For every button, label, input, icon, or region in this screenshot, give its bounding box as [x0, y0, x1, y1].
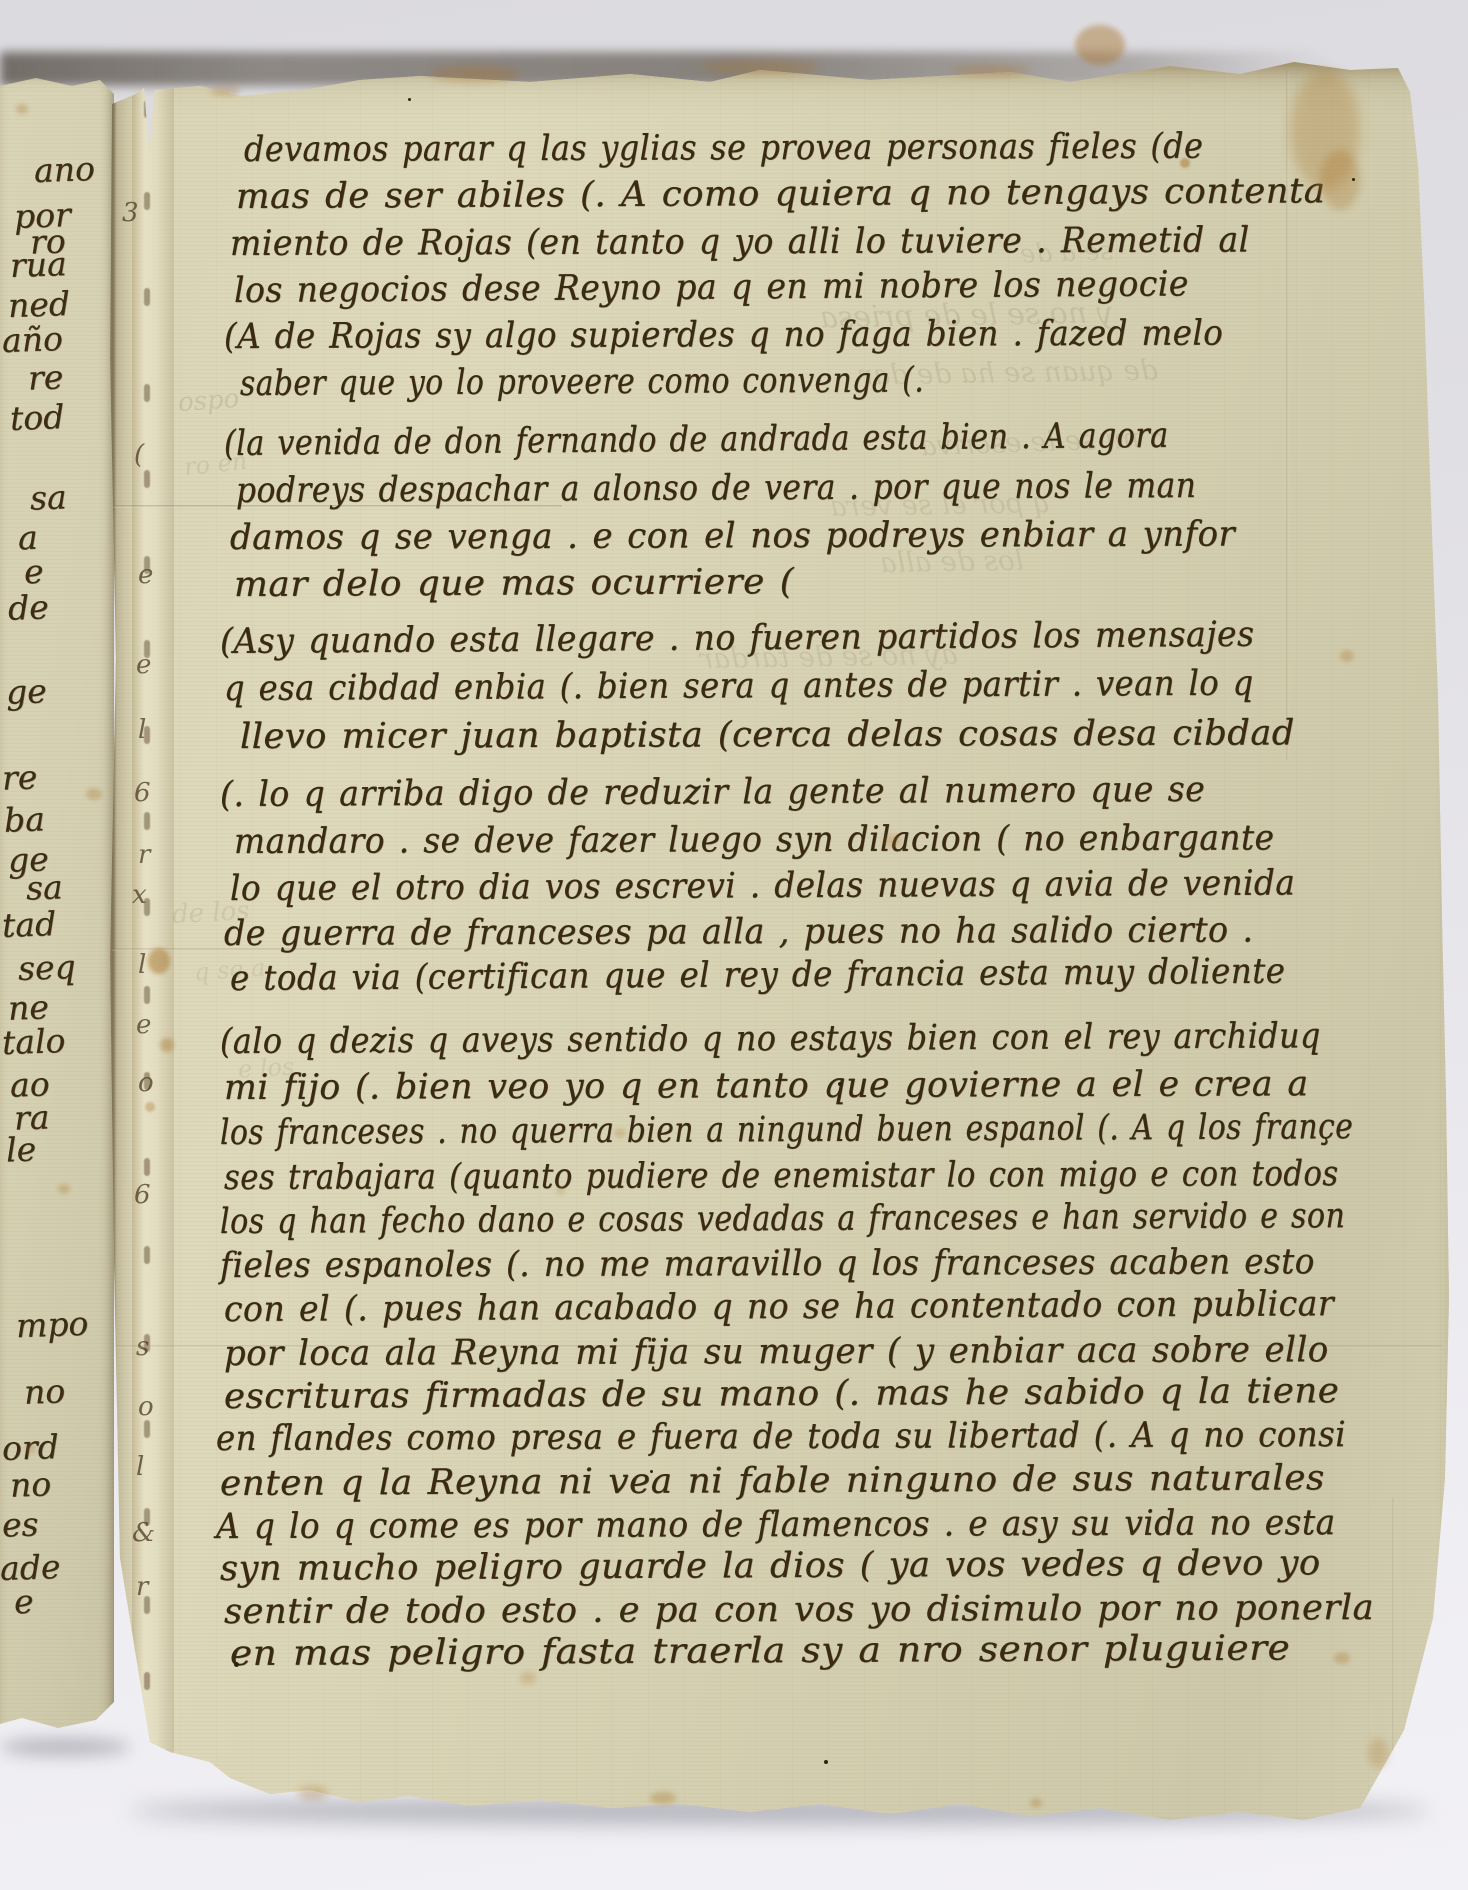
manuscript-line: los negocios dese Reyno pa q en mi nobre…	[234, 264, 1189, 311]
left-page-word-fragment: sa	[25, 867, 63, 907]
manuscript-line: lo que el otro dia vos escrevi . delas n…	[230, 863, 1295, 909]
manuscript-line: los franceses . no querra bien a ningund…	[220, 1107, 1353, 1153]
left-page-word-fragment: e	[23, 552, 44, 592]
manuscript-line: en mas peligro fasta traerla sy a nro se…	[230, 1628, 1290, 1674]
manuscript-line: mas de ser abiles (. A como quiera q no …	[236, 171, 1326, 217]
rust-stain	[16, 104, 28, 114]
ink-speck	[650, 1470, 653, 1473]
rust-stain	[58, 1184, 70, 1194]
left-page-word-fragment: mpo	[15, 1304, 89, 1345]
manuscript-line: (. lo q arriba digo de reduzir la gente …	[220, 770, 1205, 815]
left-page-word-fragment: año	[1, 319, 63, 360]
manuscript-line: mar delo que mas ocurriere (	[234, 562, 794, 605]
left-page-word-fragment: le	[5, 1129, 36, 1169]
stitch-mark	[144, 470, 150, 488]
gutter-ink-mark: l	[138, 715, 146, 745]
stitch-mark	[144, 1672, 150, 1690]
manuscript-line: llevo micer juan baptista (cerca delas c…	[240, 713, 1295, 757]
rust-stain	[614, 1128, 626, 1138]
stitch-mark	[144, 384, 150, 402]
manuscript-line: devamos parar q las yglias se provea per…	[244, 127, 1203, 170]
stitch-mark	[144, 100, 150, 118]
rust-stain	[520, 1672, 536, 1684]
rust-stain	[1340, 650, 1354, 662]
rust-stain	[210, 86, 240, 96]
manuscript-line: fieles espanoles (. no me maravillo q lo…	[220, 1242, 1315, 1286]
ink-speck	[234, 1662, 239, 1667]
manuscript-line: enten q la Reyna ni vea ni fable ninguno…	[220, 1458, 1325, 1504]
left-page-word-fragment: talo	[1, 1021, 66, 1062]
stitch-mark	[144, 1158, 150, 1176]
gutter-ink-mark: l	[138, 950, 146, 980]
gutter-ink-mark: 6	[134, 1180, 151, 1210]
ink-speck	[408, 98, 411, 101]
gutter-ink-mark: &	[132, 1518, 155, 1548]
left-page-edge: anoporroruanedañoretodsaaedegerebagesata…	[0, 72, 114, 1748]
left-page-word-fragment: tad	[1, 904, 56, 945]
rust-stain	[884, 834, 902, 848]
left-page-word-fragment: de	[7, 587, 49, 627]
gutter-ink-mark: 3	[122, 198, 139, 228]
rust-stain	[1368, 1738, 1388, 1768]
gutter-ink-mark: e	[136, 650, 151, 680]
gutter-ink-mark: 6	[134, 778, 151, 808]
left-page-word-fragment: ba	[3, 799, 45, 839]
ink-speck	[1352, 178, 1355, 181]
left-page-word-fragment: no	[9, 1464, 51, 1504]
gutter-ink-mark: (	[134, 440, 144, 470]
manuscript-line: ses trabajara (quanto pudiere de enemist…	[224, 1154, 1339, 1198]
gutter-ink-mark: r	[136, 1572, 148, 1602]
rust-stain	[160, 1038, 174, 1052]
bleedthrough-text: ospo	[177, 384, 240, 418]
manuscript-line: los q han fecho dano e cosas vedadas a f…	[220, 1196, 1346, 1242]
manuscript-line: (Asy quando esta llegare . no fueren par…	[220, 615, 1255, 662]
rust-stain	[26, 1444, 36, 1454]
stitch-mark	[144, 192, 150, 210]
manuscript-line: podreys despachar a alonso de vera . por…	[236, 466, 1197, 511]
left-page-word-fragment: ano	[33, 149, 95, 190]
manuscript-line: de guerra de franceses pa alla , pues no…	[224, 910, 1254, 954]
rust-stain	[1334, 1652, 1350, 1664]
gutter-ink-mark: r	[138, 840, 150, 870]
left-page-word-fragment: e	[13, 1582, 34, 1622]
rust-stain	[650, 1792, 676, 1804]
stitch-mark	[144, 288, 150, 306]
rust-stain	[556, 1186, 565, 1195]
rust-stain	[1075, 25, 1125, 65]
left-page-word-fragment: no	[23, 1371, 65, 1411]
manuscript-line: mandaro . se deve fazer luego syn dilaci…	[234, 818, 1275, 862]
stitch-mark	[144, 986, 150, 1004]
left-page-word-fragment: rua	[9, 244, 67, 285]
manuscript-line: miento de Rojas (en tanto q yo alli lo t…	[230, 220, 1250, 264]
rust-stain	[700, 60, 820, 74]
manuscript-line: e toda via (certifican que el rey de fra…	[230, 952, 1286, 999]
left-page-word-fragment: es	[1, 1504, 39, 1544]
manuscript-photo: anoporroruanedañoretodsaaedegerebagesata…	[0, 0, 1468, 1890]
rust-stain	[950, 64, 1030, 76]
rust-stain	[430, 66, 520, 82]
manuscript-line: (alo q dezis q aveys sentido q no estays…	[220, 1016, 1321, 1062]
manuscript-line: con el (. pues han acabado q no se ha co…	[224, 1284, 1334, 1330]
stitch-mark	[144, 1420, 150, 1438]
manuscript-line: damos q se venga . e con el nos podreys …	[230, 514, 1235, 558]
manuscript-line: por loca ala Reyna mi fija su muger ( y …	[224, 1330, 1329, 1374]
stitch-mark	[144, 1246, 150, 1264]
gutter-ink-mark: e	[136, 1010, 151, 1040]
rust-stain	[145, 1102, 155, 1112]
manuscript-line: sentir de todo esto . e pa con vos yo di…	[224, 1588, 1374, 1632]
stitch-mark	[144, 812, 150, 830]
ink-speck	[838, 1082, 842, 1086]
gutter-ink-mark: o	[138, 1392, 154, 1422]
ink-speck	[930, 1486, 934, 1490]
gutter-ink-mark: e	[138, 560, 153, 590]
manuscript-line: en flandes como presa e fuera de toda su…	[216, 1415, 1346, 1459]
manuscript-line: syn mucho peligro guarde la dios ( ya vo…	[220, 1543, 1321, 1589]
gutter-ink-mark: l	[136, 1452, 144, 1482]
ink-speck	[824, 1760, 828, 1764]
gutter-ink-mark: o	[138, 1068, 154, 1098]
rust-stain	[148, 948, 170, 974]
gutter-ink-mark: x	[132, 880, 147, 910]
manuscript-line: (A de Rojas sy algo supierdes q no faga …	[224, 314, 1223, 357]
rust-stain	[1180, 158, 1190, 168]
left-page-word-fragment: tod	[9, 397, 65, 438]
rust-stain	[86, 788, 102, 800]
rust-stain	[1030, 1798, 1042, 1808]
manuscript-line: saber que yo lo proveere como convenga (…	[240, 360, 924, 404]
left-page-word-fragment: sa	[29, 477, 67, 517]
left-page-word-fragment: seq	[17, 947, 76, 988]
left-page-word-fragment: re	[1, 757, 38, 797]
manuscript-line: q esa cibdad enbia (. bien sera q antes …	[224, 664, 1254, 709]
manuscript-line: escrituras firmadas de su mano (. mas he…	[224, 1371, 1339, 1417]
left-page-word-fragment: re	[27, 357, 64, 397]
rust-stain	[298, 1786, 328, 1800]
manuscript-line: mi fijo (. bien veo yo q en tanto que go…	[224, 1064, 1309, 1108]
fold-crease	[1392, 1498, 1395, 1838]
manuscript-line: A q lo q come es por mano de flamencos .…	[216, 1503, 1336, 1547]
manuscript-line: (la venida de don fernando de andrada es…	[224, 416, 1169, 464]
left-page-word-fragment: ge	[5, 671, 47, 711]
left-page-drop-shadow	[0, 1738, 130, 1756]
